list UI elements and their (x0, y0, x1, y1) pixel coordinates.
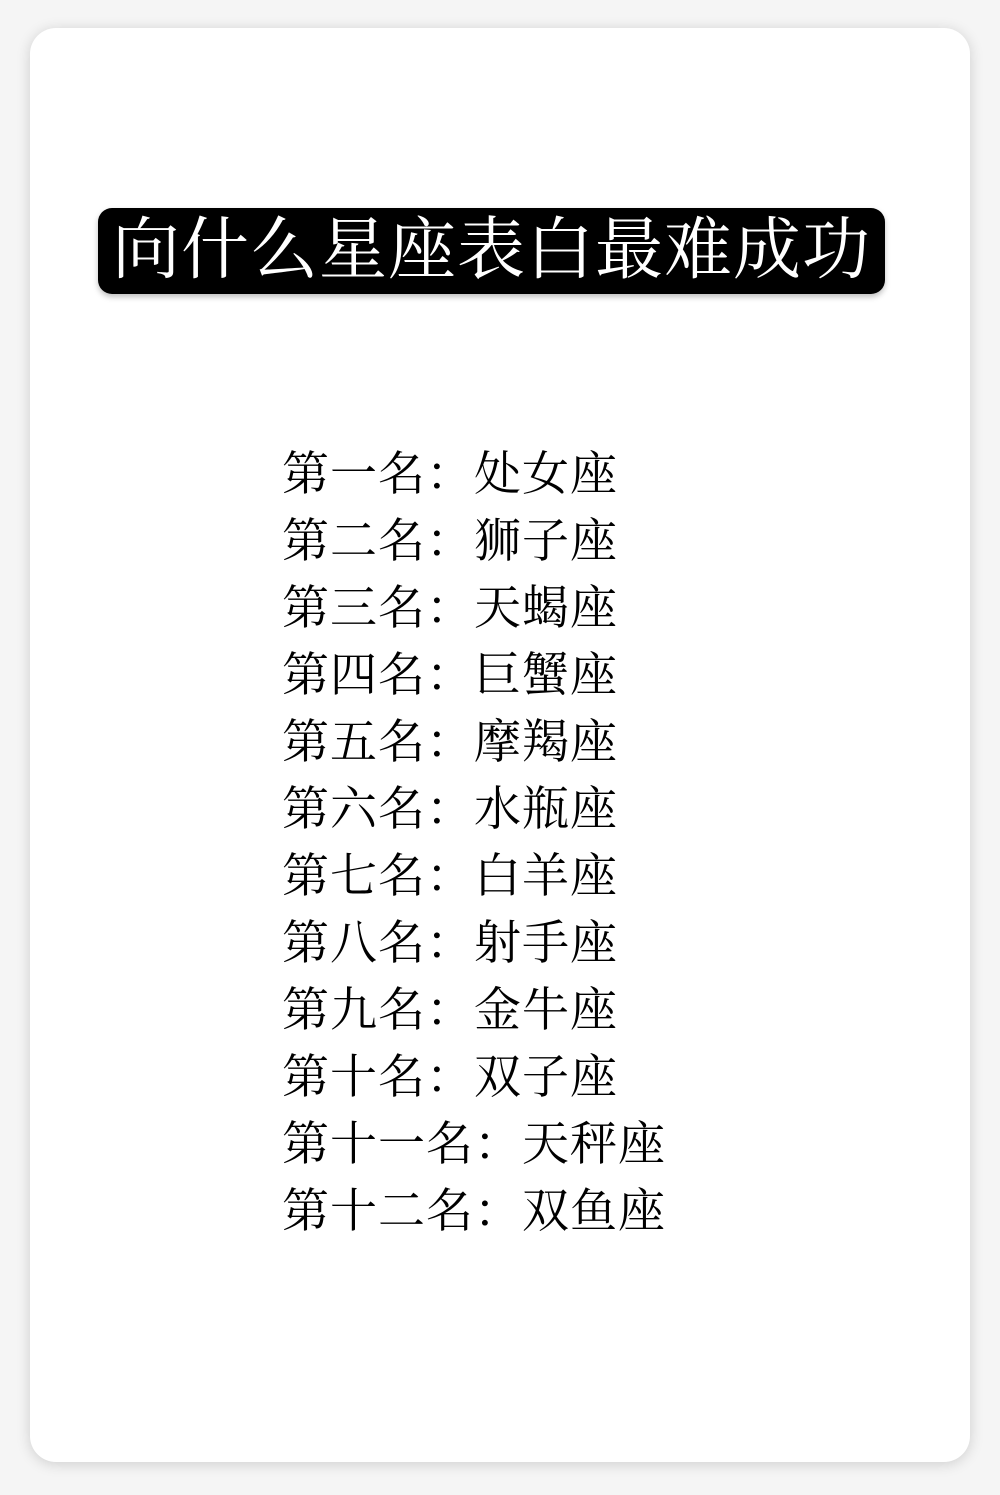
ranking-list: 第一名：处女座 第二名：狮子座 第三名：天蝎座 第四名：巨蟹座 第五名：摩羯座 … (282, 440, 666, 1244)
ranking-item-11: 第十一名：天秤座 (282, 1110, 666, 1177)
ranking-item-2: 第二名：狮子座 (282, 507, 666, 574)
ranking-item-8: 第八名：射手座 (282, 909, 666, 976)
ranking-item-9: 第九名：金牛座 (282, 976, 666, 1043)
ranking-item-5: 第五名：摩羯座 (282, 708, 666, 775)
ranking-item-4: 第四名：巨蟹座 (282, 641, 666, 708)
ranking-item-10: 第十名：双子座 (282, 1043, 666, 1110)
ranking-item-3: 第三名：天蝎座 (282, 574, 666, 641)
ranking-item-1: 第一名：处女座 (282, 440, 666, 507)
ranking-item-6: 第六名：水瓶座 (282, 775, 666, 842)
poster-title: 向什么星座表白最难成功 (98, 208, 885, 294)
ranking-item-7: 第七名：白羊座 (282, 842, 666, 909)
ranking-item-12: 第十二名：双鱼座 (282, 1177, 666, 1244)
poster-card: 向什么星座表白最难成功 第一名：处女座 第二名：狮子座 第三名：天蝎座 第四名：… (30, 28, 970, 1462)
